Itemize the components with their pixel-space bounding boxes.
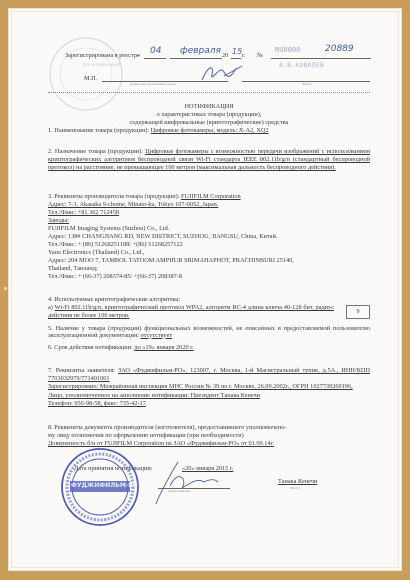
s5-value: отсутствует — [141, 332, 173, 339]
signer-name-caption: (Ф.И.О.) — [290, 487, 299, 490]
number-line — [271, 58, 371, 59]
section-3: 3. Реквизиты производителя товара (проду… — [48, 193, 378, 281]
separator-line — [48, 92, 370, 93]
s7-registered: Зарегистрировано: Межрайонная инспекция … — [48, 383, 370, 391]
s3-plant1-phone: Тел./Факс: + (86) 51268251188/ +(86) 512… — [48, 241, 378, 249]
s3-plant2-phone: Тел./Факс: + (66-37) 208374-85/ +(66-37)… — [48, 273, 378, 281]
s3-plants-label: Заводы: — [48, 217, 378, 225]
section-2: 2. Назначение товара (продукции): Цифров… — [48, 148, 370, 172]
section-4-label: 4. Используемые криптографические алгори… — [48, 296, 378, 304]
year-prefix: 20 — [222, 52, 228, 60]
s2-label: 2. Назначение товара (продукции): — [48, 148, 145, 155]
section-6: 6. Срок действия нотификации: до «19» ян… — [48, 344, 378, 352]
s3-plant2-name: Yano Electronics (Thailand) Co., Ltd., — [48, 249, 378, 257]
s8-label-2: му лицу полномочия по оформлению нотифик… — [48, 432, 378, 440]
s3-plant2-address-2: Thailand, Таиланд; — [48, 265, 378, 273]
notification-heading: НОТИФИКАЦИЯ — [48, 103, 370, 111]
s7-person: Лицо, уполномоченное на заполнение нотиф… — [48, 392, 370, 400]
s3-label: 3. Реквизиты производителя товара (проду… — [48, 193, 181, 200]
company-stamp-text: ФУДЖИФИЛЬМ-РО — [71, 482, 138, 489]
reg-month: февраля — [180, 46, 221, 56]
document-page: Для нотификаций Зарегистрирована в реест… — [8, 8, 402, 571]
s1-value: Цифровые фотокамеры, модель: X-A2, XQ2 — [151, 127, 269, 134]
applicant-signature — [148, 458, 228, 508]
number-label: № — [257, 52, 263, 60]
s6-value: до «19» января 2020 г. — [134, 344, 193, 351]
signer-name: Танака Кенечи — [278, 478, 317, 486]
s3-plant1-name: FUJIFILM Imaging Systems (Suzhou) Co., L… — [48, 225, 378, 233]
signature-line — [102, 81, 228, 82]
s5-label: 5. Наличие у товара (продукции) функцион… — [48, 325, 370, 339]
name-caption: (Ф.И.О.) — [302, 83, 311, 86]
title-line-2: о характеристиках товара (продукции), — [48, 111, 370, 119]
signature-caption: (подпись лица, уполномоченного органа) — [130, 83, 176, 86]
s4-prefix: а) — [48, 304, 55, 311]
mp-label: М.П. — [84, 75, 97, 83]
code-box: 9 — [346, 305, 370, 319]
registered-label: Зарегистрирована в реестре — [65, 52, 140, 60]
day-line — [144, 58, 166, 59]
s1-label: 1. Наименование товара (продукции): — [48, 127, 151, 134]
s3-company: FUJIFILM Corporation — [181, 193, 241, 200]
s4-value: Wi-Fi 802.11b/g/n, криптографический про… — [48, 304, 334, 319]
year-line — [231, 58, 241, 59]
frame-pin-left — [4, 287, 7, 290]
section-5: 5. Наличие у товара (продукции) функцион… — [48, 326, 370, 339]
s3-plant2-address-1: Адрес: 204 MOO 7, TAMBOL TATOOM AMPHUR S… — [48, 257, 378, 265]
s8-label-1: 8. Реквизиты документа производителя (из… — [48, 424, 378, 432]
month-line — [170, 58, 222, 59]
section-1: 1. Наименование товара (продукции): Цифр… — [48, 127, 378, 135]
reg-year: 15 — [232, 47, 242, 56]
s7-label: 7. Реквизиты заявителя: — [48, 367, 118, 374]
s3-phone: Тел./Факс: +81 362 712458 — [48, 209, 378, 217]
s7-phone: Телефон: 956-98-58, факс: 735-42-17 — [48, 400, 370, 408]
s3-address: Адрес: 7-3, Akasaka 9-chome, Minato-ku, … — [48, 201, 378, 209]
section-4-item: а) Wi-Fi 802.11b/g/n, криптографический … — [48, 304, 334, 320]
registry-stamp — [46, 34, 126, 114]
registry-stamp-text: Для нотификаций — [82, 63, 120, 68]
reg-day: 04 — [150, 46, 161, 56]
number-printed: RU0000 — [275, 46, 300, 54]
number-handwritten: 20889 — [325, 44, 354, 54]
dash: - — [138, 52, 140, 60]
name-line — [242, 81, 370, 82]
title-line-3: содержащей шифровальные (криптографическ… — [48, 119, 370, 127]
s3-plant1-address: Адрес: 138# CHANGJIANG RD, NEW DISTRICT,… — [48, 233, 378, 241]
section-7: 7. Реквизиты заявителя: ЗАО «Фуджифильм-… — [48, 367, 370, 408]
applicant-signature-line — [158, 488, 230, 489]
year-unit: г. — [242, 52, 245, 60]
official-name: А.В.КОВАЛЕВ — [279, 62, 324, 69]
s6-label: 6. Срок действия нотификации: — [48, 344, 134, 351]
applicant-signature-caption: (подпись заявителя) — [168, 490, 190, 493]
